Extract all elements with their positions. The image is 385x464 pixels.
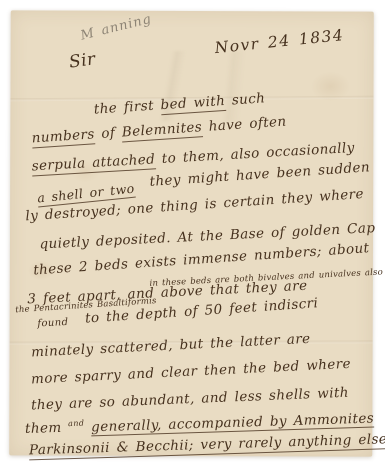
line-text: of: [94, 124, 122, 142]
letter-line: they are so abundant, and less shells wi…: [31, 385, 349, 414]
salutation: Sir: [68, 49, 97, 72]
marginal-insertion: found: [37, 317, 69, 330]
underlined-text: serpula attached: [31, 151, 155, 176]
letter-line: Parkinsonii & Becchii; very rarely anyth…: [29, 431, 385, 458]
superscript-insertion: and: [68, 419, 85, 429]
letter-paper: M anning Novr 24 1834 Sir the first bed …: [9, 10, 374, 456]
line-text: them: [25, 420, 69, 437]
underlined-text: Parkinsonii & Becchii; very rarely anyth…: [29, 431, 385, 460]
line-text: such: [225, 90, 266, 109]
line-text: minately scattered, but the latter are: [31, 331, 311, 361]
underlined-text: Belemnites: [121, 119, 202, 142]
underlined-text: numbers: [31, 126, 95, 148]
pencil-annotation: M anning: [79, 12, 153, 44]
letter-line: minately scattered, but the latter are: [31, 331, 311, 361]
letter-line: more sparry and clear then the bed where: [31, 356, 352, 388]
line-text: more sparry and clear then the bed where: [31, 356, 352, 388]
line-text: found: [37, 317, 69, 330]
line-text: they are so abundant, and less shells wi…: [31, 385, 349, 414]
letter-photograph: M anning Novr 24 1834 Sir the first bed …: [0, 0, 385, 464]
